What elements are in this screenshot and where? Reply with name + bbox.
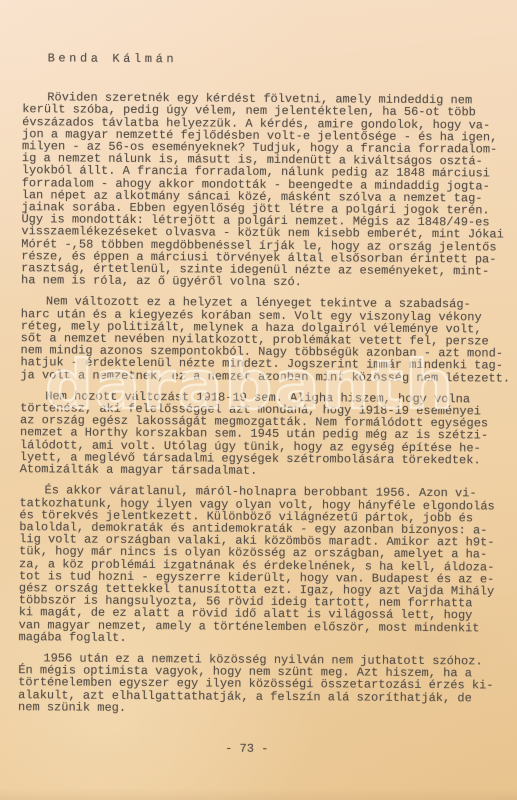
- author-name: Benda Kálmán: [48, 52, 517, 67]
- paragraph-2: Nem változott ez a helyzet a lényeget te…: [20, 296, 513, 385]
- scanned-page: Benda Kálmán Röviden szeretnék egy kérdé…: [0, 0, 517, 800]
- paragraph-3: Nem hozott változást 1918-19 sem. Aligha…: [20, 390, 513, 479]
- paragraph-4: És akkor váratlanul, máról-holnapra bero…: [19, 484, 512, 646]
- page-number: - 73 -: [0, 741, 494, 757]
- paragraph-1: Röviden szeretnék egy kérdést fölvetni, …: [21, 91, 514, 290]
- paragraph-5: 1956 után ez a nemzeti közösség nyilván …: [18, 652, 510, 716]
- document-body: Benda Kálmán Röviden szeretnék egy kérdé…: [0, 0, 517, 800]
